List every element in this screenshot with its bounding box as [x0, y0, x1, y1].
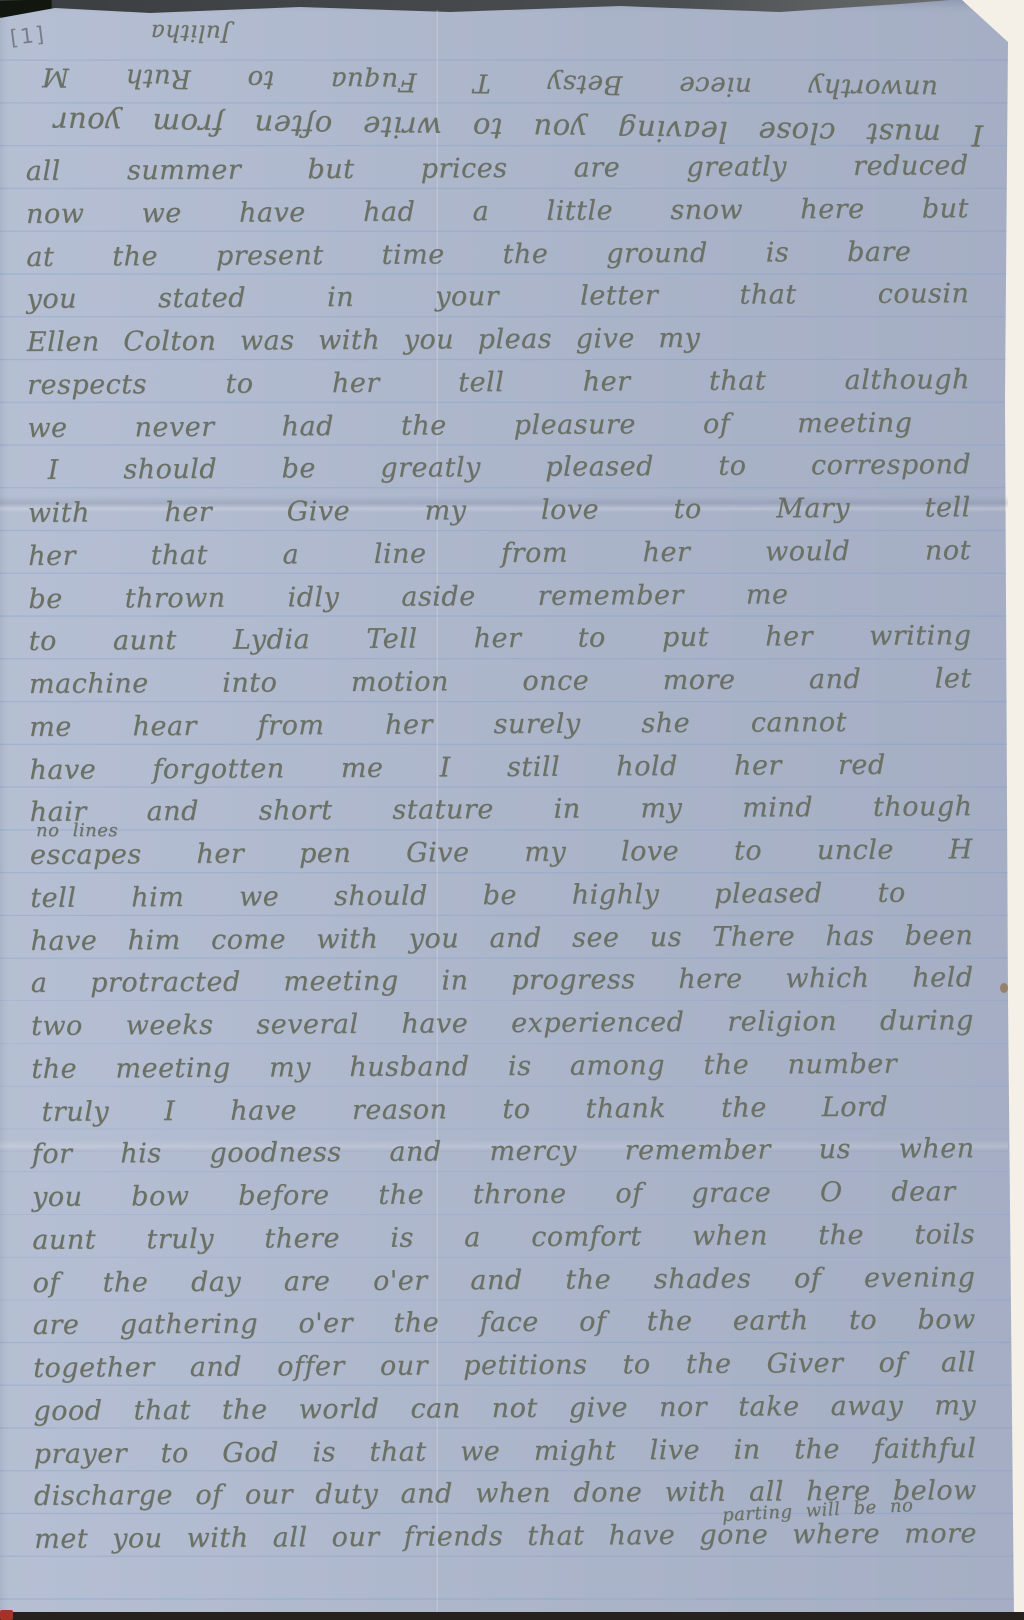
- handwritten-line: a protracted meeting in progress here wh…: [31, 957, 974, 1006]
- handwritten-line: good that the world can not give nor tak…: [33, 1385, 976, 1434]
- handwritten-line: all summer but prices are greatly reduce…: [26, 145, 969, 194]
- handwritten-line: respects to her tell her that although: [27, 359, 970, 408]
- handwritten-line: now we have had a little snow here but: [26, 188, 969, 237]
- handwritten-line: escapes her pen Give my love to uncle H: [30, 829, 973, 878]
- handwritten-line: hair and short stature in my mind though: [30, 786, 973, 835]
- handwritten-line: met you with all our friends that have g…: [34, 1513, 977, 1562]
- handwritten-line: machine into motion once more and let: [29, 658, 972, 707]
- red-mark: [0, 1610, 13, 1620]
- handwritten-line: tell him we should be highly pleased to: [30, 872, 906, 920]
- handwritten-line: you bow before the throne of grace O dea…: [32, 1171, 956, 1219]
- handwritten-line: the meeting my husband is among the numb…: [31, 1043, 897, 1091]
- handwritten-line: Ellen Colton was with you pleas give my: [27, 318, 701, 365]
- handwritten-line: prayer to God is that we might live in t…: [34, 1428, 977, 1477]
- handwritten-line: two weeks several have experienced relig…: [31, 1000, 974, 1049]
- handwritten-line: her that a line from her would not: [28, 530, 971, 579]
- letter-scan: [1] I must close leaving you to write of…: [0, 0, 1024, 1620]
- handwritten-line: me hear from her surely she cannot: [29, 702, 847, 750]
- handwritten-line: truly I have reason to thank the Lord: [41, 1086, 888, 1134]
- inverted-signature: Julitha: [90, 8, 231, 56]
- interlinear-insertion-no-lines: no lines: [36, 822, 118, 840]
- ink-stain-speck: [1000, 983, 1008, 993]
- handwritten-line: we never had the pleasure of meeting: [27, 402, 912, 450]
- handwritten-line: you stated in your letter that cousin: [26, 273, 969, 322]
- handwritten-line: have him come with you and see us There …: [30, 915, 973, 964]
- handwritten-line: I should be greatly pleased to correspon…: [48, 444, 972, 492]
- handwritten-line: with her Give my love to Mary tell: [28, 487, 971, 536]
- handwritten-line: of the day are o'er and the shades of ev…: [32, 1257, 975, 1306]
- handwritten-line: have forgotten me I still hold her red: [29, 744, 885, 792]
- handwritten-line: together and offer our petitions to the …: [33, 1342, 976, 1391]
- inverted-closing-block: I must close leaving you to write often …: [0, 0, 1024, 159]
- handwritten-line: aunt truly there is a comfort when the t…: [32, 1214, 975, 1263]
- handwritten-line: be thrown idly aside remember me: [28, 574, 788, 621]
- handwritten-line: at the present time the ground is bare: [26, 231, 911, 279]
- handwritten-line: for his goodness and mercy remember us w…: [32, 1128, 975, 1177]
- handwritten-line: to aunt Lydia Tell her to put her writin…: [29, 615, 972, 664]
- scan-bottom-edge-strip: [0, 1612, 1024, 1620]
- letter-body-text: all summer but prices are greatly reduce…: [26, 145, 997, 1562]
- handwritten-line: are gathering o'er the face of the earth…: [33, 1299, 976, 1348]
